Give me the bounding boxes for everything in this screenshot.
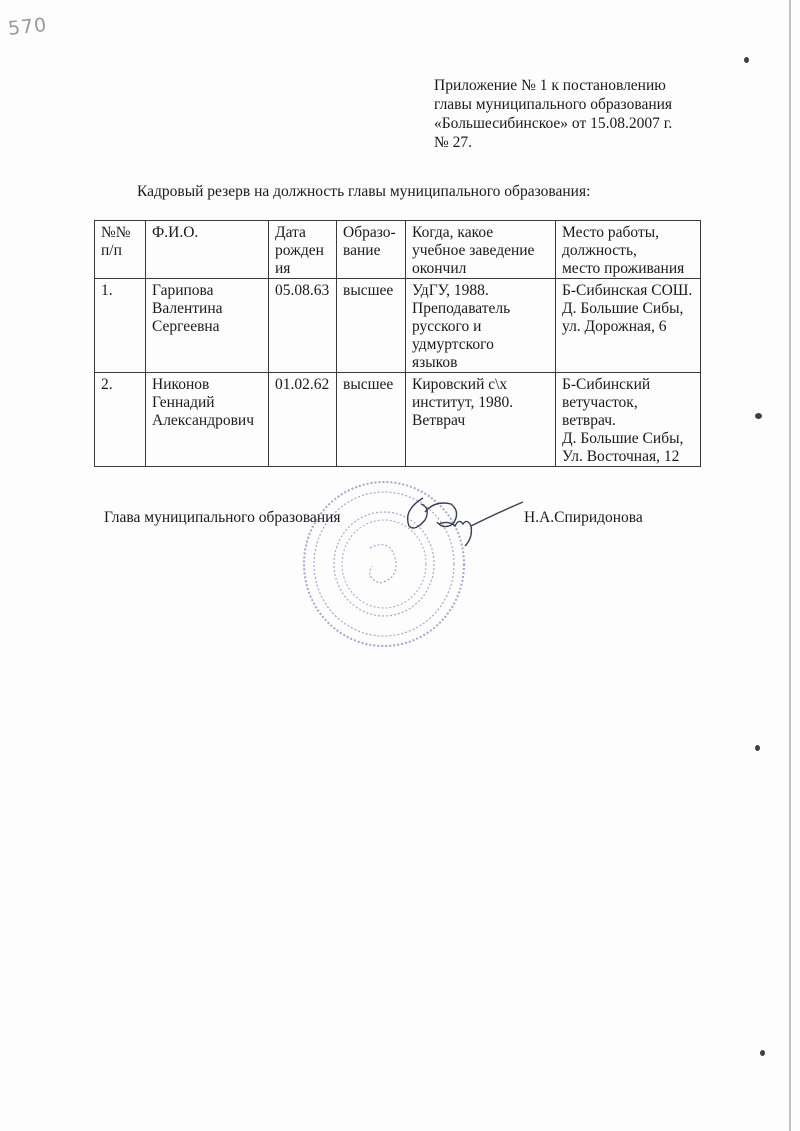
header-education: Образо-вание [337,221,406,279]
scan-speck [760,1050,765,1056]
header-work: Место работы,должность,место проживания [556,221,701,279]
appendix-line: № 27. [434,133,754,152]
table-row: 2. НиконовГеннадийАлександрович 01.02.62… [95,373,701,467]
cell-dob: 05.08.63 [269,279,337,373]
cell-work: Б-Сибинскийветучасток, ветврач.Д. Больши… [556,373,701,467]
position-title: Глава муниципального образования [104,509,341,527]
scan-speck [744,57,749,63]
header-dob: Датарождения [269,221,337,279]
scan-speck [755,413,762,419]
header-fio: Ф.И.О. [146,221,269,279]
appendix-line: Приложение № 1 к постановлению [434,76,754,95]
cell-work: Б-Сибинская СОШ.Д. Большие Сибы,ул. Доро… [556,279,701,373]
personnel-reserve-table: №№п/п Ф.И.О. Датарождения Образо-вание К… [94,220,701,467]
signatory-name: Н.А.Спиридонова [524,509,643,527]
appendix-line: «Большесибинское» от 15.08.2007 г. [434,114,754,133]
appendix-header: Приложение № 1 к постановлению главы мун… [434,76,754,152]
cell-school: Кировский с\хинститут, 1980.Ветврач [406,373,556,467]
cell-num: 2. [95,373,146,467]
cell-num: 1. [95,279,146,373]
table-row: 1. ГариповаВалентинаСергеевна 05.08.63 в… [95,279,701,373]
handwritten-note: 570 [7,14,48,40]
cell-school: УдГУ, 1988.Преподавательрусского иудмурт… [406,279,556,373]
header-num: №№п/п [95,221,146,279]
header-school: Когда, какоеучебное заведениеокончил [406,221,556,279]
appendix-line: главы муниципального образования [434,95,754,114]
scan-edge-shadow [789,0,791,1131]
cell-fio: ГариповаВалентинаСергеевна [146,279,269,373]
cell-fio: НиконовГеннадийАлександрович [146,373,269,467]
table-header-row: №№п/п Ф.И.О. Датарождения Образо-вание К… [95,221,701,279]
document-heading: Кадровый резерв на должность главы муниц… [137,183,590,201]
handwritten-signature-icon [395,490,525,550]
cell-dob: 01.02.62 [269,373,337,467]
scan-speck [755,745,760,751]
cell-education: высшее [337,279,406,373]
cell-education: высшее [337,373,406,467]
